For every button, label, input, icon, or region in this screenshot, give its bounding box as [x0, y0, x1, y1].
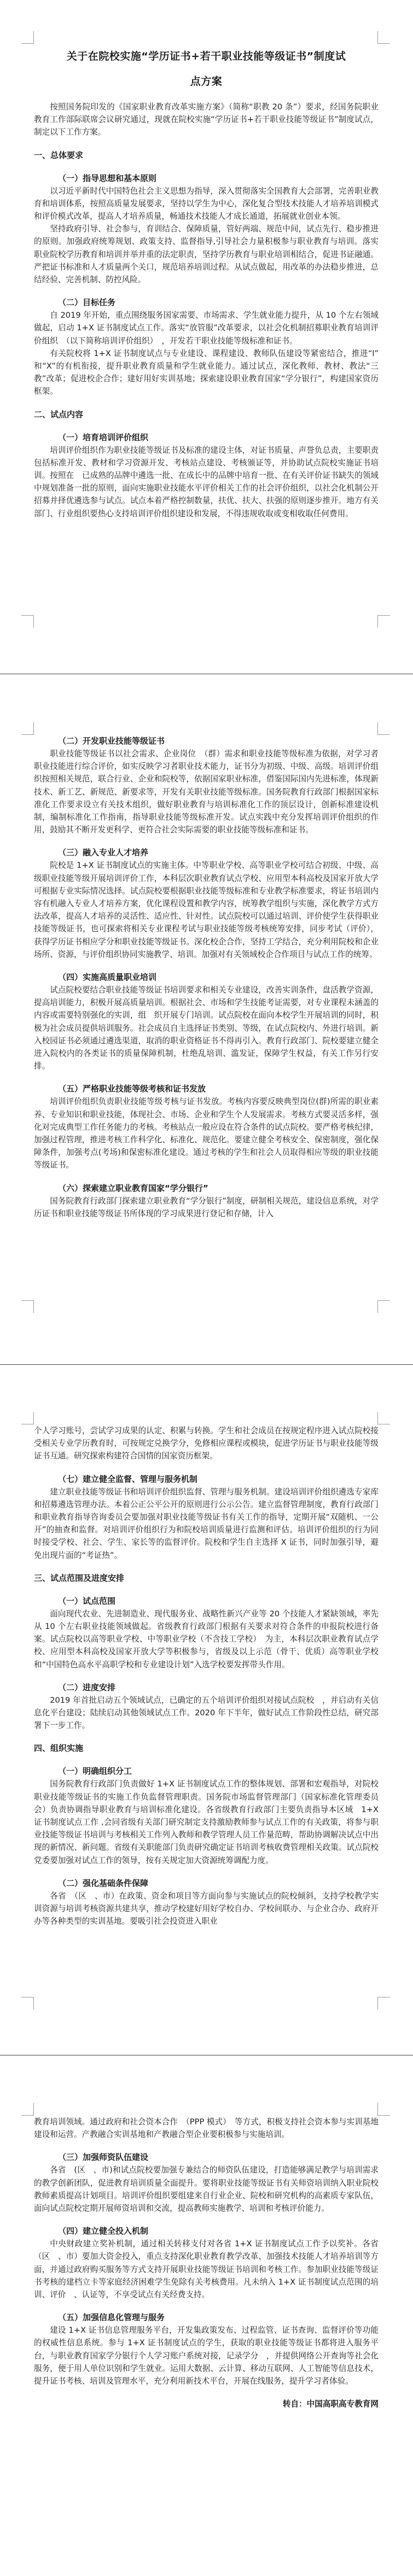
section-heading-2: 二、试点内容 [34, 408, 379, 421]
page-corner-mark [377, 31, 390, 44]
subsection-heading: （二）开发职业技能等级证书 [34, 735, 379, 747]
body-paragraph: 建立职业技能等级证书和培训评价组织监督、管理与服务机制。建设培训评价组织遴选专家… [34, 1486, 379, 1562]
page-corner-mark [21, 615, 34, 628]
page-corner-mark [377, 1412, 390, 1424]
section-heading-1: 一、总体要求 [34, 149, 379, 162]
page-corner-mark [21, 722, 34, 735]
page-2: （二）开发职业技能等级证书 职业技能等级证书以社会需求、企业岗位 （群）需求和职… [0, 674, 413, 1364]
body-paragraph: 自 2019 年开始，重点围绕服务国家需要、市场需求、学生就业能力提升，从 10… [34, 309, 379, 347]
page-corner-mark [21, 1412, 34, 1424]
subsection-heading: （一）明确组织分工 [34, 1765, 379, 1778]
subsection-heading: （二）强化基础条件保障 [34, 1877, 379, 1890]
section-heading-3: 三、试点范围及进度安排 [34, 1572, 379, 1585]
subsection-heading: （四）实施高质量职业培训 [34, 971, 379, 984]
subsection-heading: （一）指导思想和基本原则 [34, 172, 379, 185]
subsection-heading: （二）目标任务 [34, 296, 379, 309]
section-heading-4: 四、组织实施 [34, 1742, 379, 1755]
body-paragraph: 国务院教育行政部门探索建立职业教育“学分银行”制度，研制相关规范，建设信息系统，… [34, 1195, 379, 1220]
page-2-content: （二）开发职业技能等级证书 职业技能等级证书以社会需求、企业岗位 （群）需求和职… [34, 735, 379, 1220]
subsection-heading: （六）探索建立职业教育国家“学分银行” [34, 1182, 379, 1195]
page-corner-mark [377, 722, 390, 735]
page-corner-mark [21, 2103, 34, 2116]
subsection-heading: （一）培育培训评价组织 [34, 431, 379, 444]
page-corner-mark [21, 1997, 34, 2010]
body-paragraph: 职业技能等级证书以社会需求、企业岗位 （群）需求和职业技能等级标准为依据，对学习… [34, 747, 379, 836]
page-1-content: 关于在院校实施“学历证书+若干职业技能等级证书”制度试 点方案 按照国务院印发的… [34, 44, 379, 520]
title-line-1: 关于在院校实施“学历证书+若干职业技能等级证书”制度试 [67, 50, 346, 62]
body-paragraph-continued: 教育培训领域。通过政府和社会资本合作 （PPP 模式） 等方式，积极支持社会资本… [34, 2116, 379, 2141]
body-paragraph: 院校是 1+X 证书制度试点的实施主体。中等职业学校、高等职业学校可结合初级、中… [34, 859, 379, 961]
body-paragraph: 有关院校将 1+X 证书制度试点与专业建设、课程建设、教师队伍建设等紧密结合，推… [34, 347, 379, 398]
body-paragraph: 建设 1+X 证书信息管理服务平台，开发集政策发布、过程监管、证书查询、监督评价… [34, 2324, 379, 2387]
page-corner-mark [21, 1300, 34, 1313]
page-corner-mark [21, 31, 34, 44]
page-corner-mark [377, 1300, 390, 1313]
body-paragraph-continued: 个人学习账号，尝试学习成果的认定、积累与转换。学生和社会成员在按规定程序进入试点… [34, 1424, 379, 1463]
subsection-heading: （七）建立健全监督、管理与服务机制 [34, 1473, 379, 1486]
subsection-heading: （五）严格职业技能等级考核和证书发放 [34, 1083, 379, 1095]
body-paragraph: 中央财政建立奖补机制，通过相关转移支付对各省 1+X 证书制度试点工作予以奖补。… [34, 2238, 379, 2301]
body-paragraph: 坚持政府引导、社会参与，育训结合、保障质量，管好两端、规范中间，试点先行、稳步推… [34, 223, 379, 286]
page-3: 个人学习账号，尝试学习成果的认定、积累与转换。学生和社会成员在按规定程序进入试点… [0, 1365, 413, 2055]
page-4: 教育培训领域。通过政府和社会资本合作 （PPP 模式） 等方式，积极支持社会资本… [0, 2055, 413, 2576]
body-paragraph: 以习近平新时代中国特色社会主义思想为指导，深入贯彻落实全国教育大会部署，完善职业… [34, 185, 379, 223]
page-corner-mark [377, 1997, 390, 2010]
page-3-content: 个人学习账号，尝试学习成果的认定、积累与转换。学生和社会成员在按规定程序进入试点… [34, 1424, 379, 1927]
document-title: 关于在院校实施“学历证书+若干职业技能等级证书”制度试 点方案 [28, 44, 384, 94]
body-paragraph: 培训评价组织作为职业技能等级证书及标准的建设主体，对证书质量、声誉负总责，主要职… [34, 444, 379, 520]
body-paragraph: 各省 （区 、市）在政策、资金和项目等方面向参与实施试点的院校倾斜，支持学校教学… [34, 1890, 379, 1928]
page-corner-mark [377, 615, 390, 628]
body-paragraph: 国务院教育行政部门负责做好 1+X 证书制度试点工作的整体规划、部署和宏观指导，… [34, 1778, 379, 1866]
subsection-heading: （一）试点范围 [34, 1595, 379, 1608]
intro-paragraph: 按照国务院印发的《国家职业教育改革实施方案》（简称“职教 20 条”）要求，经国… [34, 101, 379, 139]
body-paragraph: 试点院校要结合职业技能等级证书培训要求和相关专业建设，改善实训条件，盘活教学资源… [34, 984, 379, 1072]
page-4-content: 教育培训领域。通过政府和社会资本合作 （PPP 模式） 等方式，积极支持社会资本… [34, 2116, 379, 2410]
body-paragraph: 2019 年首批启动五个领域试点，已确定的五个培训评价组织对接试点院校 ，并启动… [34, 1694, 379, 1732]
subsection-heading: （五）加强信息化管理与服务 [34, 2311, 379, 2324]
title-line-2: 点方案 [190, 75, 223, 87]
body-paragraph: 培训评价组织负责职业技能等级考核与证书发放。考核内容要反映典型岗位(群)所需的职… [34, 1095, 379, 1171]
page-corner-mark [377, 2103, 390, 2116]
source-attribution: 转自：中国高职高专教育网 [34, 2398, 379, 2410]
subsection-heading: （四）建立健全投入机制 [34, 2225, 379, 2238]
subsection-heading: （三）融入专业人才培养 [34, 846, 379, 859]
subsection-heading: （二）进度安排 [34, 1681, 379, 1694]
body-paragraph: 面向现代农业、先进制造业、现代服务业、战略性新兴产业等 20 个技能人才紧缺领域… [34, 1608, 379, 1671]
body-paragraph: 各省 (区 、市)和试点院校要加强专兼结合的师资队伍建设，打造能够满足教学与培训… [34, 2164, 379, 2215]
page-1: 关于在院校实施“学历证书+若干职业技能等级证书”制度试 点方案 按照国务院印发的… [0, 0, 413, 674]
subsection-heading: （三）加强师资队伍建设 [34, 2151, 379, 2164]
